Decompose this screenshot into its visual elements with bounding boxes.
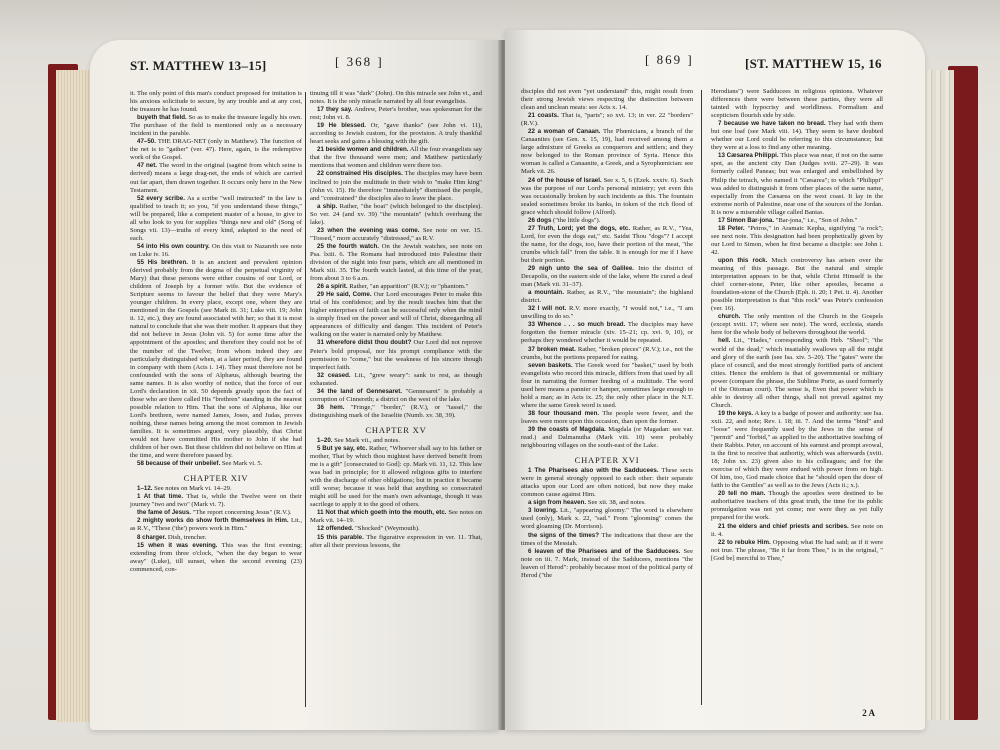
left-page: ST. MATTHEW 13–15] [ 368 ] it. The only … [90,40,500,730]
note-paragraph: 1–20. See Mark vii., and notes. [310,437,482,445]
note-lemma: 29 He said, Come. [317,291,372,298]
note-lemma: 17 Simon Bar-jona. [718,217,774,224]
note-paragraph: 8 charger. Dish, trencher. [130,534,302,542]
note-paragraph: 15 this parable. The figurative expressi… [310,534,482,550]
note-paragraph: 26 a spirit. Rather, "an apparition" (R.… [310,283,482,291]
note-paragraph: 17 they say. Andrew, Peter's brother, wa… [310,106,482,122]
note-lemma: 21 the elders and chief priests and scri… [718,523,849,530]
note-lemma: a ship. [317,203,337,210]
note-paragraph: 29 He said, Come. Our Lord encourages Pe… [310,291,482,339]
note-paragraph: 21 beside women and children. All the fo… [310,146,482,170]
note-lemma: church. [718,313,740,320]
note-paragraph: 5 But ye say, etc. Rather, "Whoever shal… [310,445,482,509]
note-paragraph: it. The only point of this man's conduct… [130,90,302,114]
note-lemma: 47 net. [137,162,157,169]
note-text: tinuing till it was "dark" (John). On th… [310,90,482,105]
note-paragraph: hell. Lit., "Hades," corresponding with … [711,337,883,409]
note-paragraph: 36 hem. "Fringe," "border," (R.V.), or "… [310,404,482,420]
note-text: Our Lord encourages Peter to make this t… [310,291,482,338]
note-lemma: 34 the land of Gennesaret. [317,388,402,395]
note-paragraph: 58 because of their unbelief. See Mark v… [130,460,302,468]
note-paragraph: 11 Not that which goeth into the mouth, … [310,509,482,525]
note-lemma: 22 a woman of Canaan. [528,128,600,135]
note-lemma: 6 leaven of the Pharisees and of the Sad… [528,548,680,555]
note-paragraph: 32 ceased. Lit., "grew weary": sank to r… [310,372,482,388]
note-lemma: the signs of the times? [528,532,599,539]
signature-mark: 2 A [862,708,875,718]
note-paragraph: 27 Truth, Lord; yet the dogs, etc. Rathe… [521,225,693,265]
note-lemma: 13 Cæsarea Philippi. [718,152,779,159]
note-text: Dish, trencher. [168,534,207,541]
note-lemma: 36 hem. [317,404,344,411]
note-text: See notes on Mark vi. 14–29. [154,485,231,492]
note-lemma: 38 four thousand men. [528,410,599,417]
note-text: A key is a badge of power and authority:… [711,410,883,489]
note-paragraph: buyeth that field. So as to make the tre… [130,114,302,138]
note-paragraph: 24 of the house of Israel. See x. 5, 6 (… [521,177,693,217]
chapter-heading: CHAPTER XVI [521,456,693,464]
note-text: "The report concerning Jesus" (R.V.). [193,509,292,516]
note-lemma: 22 constrained His disciples. [317,170,403,177]
note-text: Lit., "Hades," corresponding with Heb. "… [711,337,883,408]
right-page: [ 869 ] [ST. MATTHEW 15, 16 disciples di… [505,30,925,730]
note-lemma: 24 of the house of Israel. [528,177,602,184]
note-text: See xii. 38, and notes. [588,499,646,506]
note-paragraph: 23 when the evening was come. See note o… [310,227,482,243]
note-paragraph: 34 the land of Gennesaret. "Gennesaret" … [310,388,482,404]
note-lemma: 18 Peter. [718,225,745,232]
note-paragraph: 22 constrained His disciples. The discip… [310,170,482,202]
note-lemma: 1–12. [137,485,152,492]
note-lemma: 20 tell no man. [718,490,765,497]
note-lemma: 25 the fourth watch. [317,243,379,250]
running-head: [ST. MATTHEW 15, 16 [745,56,882,72]
page-number: [ 368 ] [335,54,384,70]
note-lemma: 1–20. [317,437,332,444]
note-lemma: a mountain. [528,289,564,296]
note-paragraph: the fame of Jesus. "The report concernin… [130,509,302,517]
chapter-heading: CHAPTER XV [310,426,482,434]
column-1: disciples did not even "yet understand" … [521,88,693,580]
note-paragraph: disciples did not even "yet understand" … [521,88,693,112]
note-lemma: 17 they say. [317,106,352,113]
note-text: The Phœnicians, a branch of the Canaanit… [521,128,693,175]
note-lemma: 54 into His own country. [137,243,210,250]
note-lemma: seven baskets. [528,362,573,369]
note-text: Much controversy has arisen over the mea… [711,257,883,312]
note-lemma: the fame of Jesus. [137,509,191,516]
note-paragraph: 22 to rebuke Him. Opposing what He had s… [711,539,883,563]
note-paragraph: 25 the fourth watch. On the Jewish watch… [310,243,482,283]
column-1: it. The only point of this man's conduct… [130,90,302,574]
note-paragraph: seven baskets. The Greek word for "baske… [521,362,693,410]
note-lemma: 21 coasts. [528,112,559,119]
note-paragraph: 33 Whence . . . so much bread. The disci… [521,321,693,345]
note-lemma: 11 Not that which goeth into the mouth, … [317,509,447,516]
note-text: This place was near, if not on the same … [711,152,883,215]
note-paragraph: church. The only mention of the Church i… [711,313,883,337]
note-lemma: 58 because of their unbelief. [137,460,220,467]
note-lemma: 15 when it was evening. [137,542,218,549]
note-text: ("the little dogs"). [553,217,600,224]
note-paragraph: a mountain. Rather, as R.V., "the mounta… [521,289,693,305]
note-paragraph: 17 Simon Bar-jona. "Bar-jona," i.e., "So… [711,217,883,225]
note-paragraph: 29 nigh unto the sea of Galilee. Into th… [521,265,693,289]
note-paragraph: upon this rock. Much controversy has ari… [711,257,883,313]
note-paragraph: 22 a woman of Canaan. The Phœnicians, a … [521,128,693,176]
column-rule [305,92,306,707]
note-lemma: 2 mighty works do show forth themselves … [137,517,289,524]
note-lemma: 39 the coasts of Magdala. [528,426,606,433]
note-paragraph: Herodians") were Sadducees in religious … [711,88,883,120]
note-lemma: 15 this parable. [317,534,364,541]
note-lemma: 1 At that time. [137,493,183,500]
note-lemma: 32 I will not. [528,305,566,312]
column-2: Herodians") were Sadducees in religious … [711,88,883,563]
note-paragraph: 1 At that time. That is, while the Twelv… [130,493,302,509]
note-paragraph: tinuing till it was "dark" (John). On th… [310,90,482,106]
note-lemma: 3 lowring. [528,507,558,514]
chapter-heading: CHAPTER XIV [130,474,302,482]
note-lemma: 27 Truth, Lord; yet the dogs, etc. [528,225,630,232]
note-lemma: 37 broken meat. [528,346,576,353]
note-paragraph: 52 every scribe. As a scribe "well instr… [130,195,302,243]
note-paragraph: 21 the elders and chief priests and scri… [711,523,883,539]
column-rule [701,90,702,705]
note-text: "Shocked" (Weymouth). [355,525,420,532]
note-paragraph: 3 lowring. Lit., "appearing gloomy." The… [521,507,693,531]
note-lemma: 26 a spirit. [317,283,348,290]
note-lemma: 22 to rebuke Him. [718,539,771,546]
note-paragraph: 18 Peter. "Petros," in Aramaic Kepha, si… [711,225,883,257]
note-lemma: 47–50. [137,138,156,145]
note-text: disciples did not even "yet understand" … [521,88,693,111]
note-paragraph: 21 coasts. That is, "parts"; so xvi. 13;… [521,112,693,128]
note-lemma: 31 wherefore didst thou doubt? [317,339,411,346]
note-paragraph: 37 broken meat. Rather, "broken pieces" … [521,346,693,362]
running-head: ST. MATTHEW 13–15] [130,58,267,74]
note-paragraph: 47–50. THE DRAG-NET (only in Matthew). T… [130,138,302,162]
note-text: See Mark vii., and notes. [334,437,400,444]
note-lemma: 23 when the evening was come. [317,227,419,234]
note-paragraph: 1–12. See notes on Mark vi. 14–29. [130,485,302,493]
note-paragraph: 2 mighty works do show forth themselves … [130,517,302,533]
note-text: The Greek word for "basket," used by bot… [521,362,693,409]
note-lemma: upon this rock. [718,257,767,264]
note-paragraph: a sign from heaven. See xii. 38, and not… [521,499,693,507]
note-paragraph: 55 His brethren. It is an ancient and pr… [130,259,302,460]
note-paragraph: 39 the coasts of Magdala. Magdala (or Ma… [521,426,693,450]
note-lemma: 8 charger. [137,534,166,541]
note-paragraph: 13 Cæsarea Philippi. This place was near… [711,152,883,216]
note-lemma: 21 beside women and children. [317,146,409,153]
note-text: It is an ancient and prevalent opinion (… [130,259,302,459]
note-text: "Bar-jona," i.e., "Son of John." [776,217,858,224]
note-lemma: 12 offended. [317,525,353,532]
note-paragraph: 38 four thousand men. The people were fe… [521,410,693,426]
note-paragraph: the signs of the times? The indications … [521,532,693,548]
column-2: tinuing till it was "dark" (John). On th… [310,90,482,550]
note-lemma: 5 But ye say, etc. [317,445,367,452]
note-lemma: 19 the keys. [718,410,753,417]
note-paragraph: 6 leaven of the Pharisees and of the Sad… [521,548,693,580]
note-paragraph: 19 He blessed. Or, "gave thanks" (see Jo… [310,122,482,146]
note-paragraph: 26 dogs ("the little dogs"). [521,217,693,225]
note-lemma: a sign from heaven. [528,499,586,506]
note-paragraph: 7 because we have taken no bread. They h… [711,120,883,152]
note-lemma: 55 His brethren. [137,259,188,266]
note-paragraph: a ship. Rather, "the boat" (which belong… [310,203,482,227]
note-paragraph: 54 into His own country. On this visit t… [130,243,302,259]
note-paragraph: 15 when it was evening. This was the fir… [130,542,302,574]
note-text: Herodians") were Sadducees in religious … [711,88,883,119]
note-lemma: 7 because we have taken no bread. [718,120,826,127]
note-paragraph: 32 I will not. R.V. more exactly, "I wou… [521,305,693,321]
note-paragraph: 12 offended. "Shocked" (Weymouth). [310,525,482,533]
note-text: See Mark vi. 5. [222,460,262,467]
note-lemma: 26 dogs [528,217,551,224]
note-lemma: 29 nigh unto the sea of Galilee. [528,265,634,272]
note-paragraph: 20 tell no man. Though the apostles were… [711,490,883,522]
note-text: Rather, "Whoever shall say to his father… [310,445,482,508]
note-lemma: 1 The Pharisees also with the Sadducees. [528,467,659,474]
note-lemma: 32 ceased. [317,372,351,379]
note-paragraph: 1 The Pharisees also with the Sadducees.… [521,467,693,499]
note-text: Rather, "an apparition" (R.V.); or "phan… [349,283,468,290]
note-text: THE DRAG-NET (only in Matthew). The func… [130,138,302,161]
note-paragraph: 31 wherefore didst thou doubt? Our Lord … [310,339,482,371]
note-lemma: 33 Whence . . . so much bread. [528,321,625,328]
note-paragraph: 19 the keys. A key is a badge of power a… [711,410,883,490]
note-lemma: 19 He blessed. [317,122,366,129]
note-paragraph: 47 net. The word in the original (sagēnē… [130,162,302,194]
note-lemma: 52 every scribe. [137,195,185,202]
page-number: [ 869 ] [645,52,694,68]
note-lemma: buyeth that field. [137,114,187,121]
note-lemma: hell. [718,337,730,344]
note-text: it. The only point of this man's conduct… [130,90,302,113]
note-text: As a scribe "well instructed" in the law… [130,195,302,242]
